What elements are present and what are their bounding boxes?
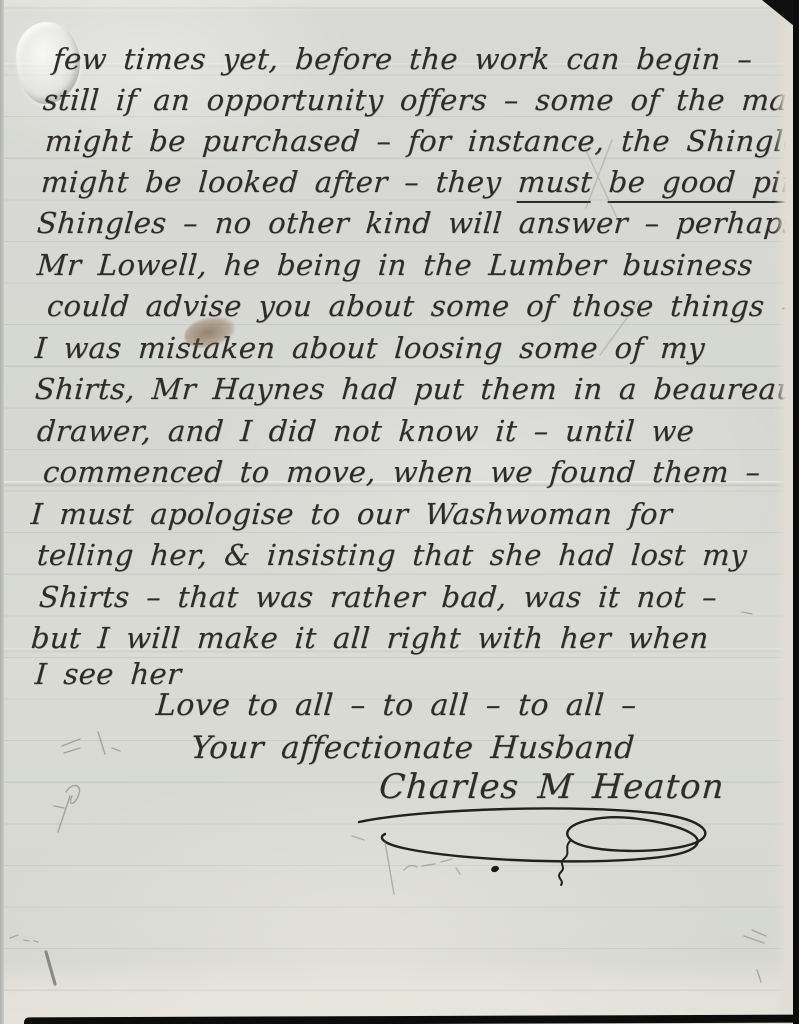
letter-line: Shingles – no other kind will answer – p…: [36, 209, 799, 238]
scan-edge-bottom: [24, 1015, 799, 1024]
letter-line: I must apologise to our Washwoman for: [30, 500, 673, 529]
ink-dot: [490, 865, 500, 873]
underlined-phrase: be good pine: [607, 165, 799, 203]
letter-line: still if an opportunity offers – some of…: [42, 86, 799, 115]
valediction: Your affectionate Husband: [190, 733, 636, 764]
scan-corner-shadow: [762, 0, 794, 26]
letter-line: could advise you about some of those thi…: [46, 292, 797, 321]
signature: Charles M Heaton: [378, 770, 726, 804]
signature-flourish-icon: [355, 800, 725, 890]
scan-edge-right: [793, 0, 799, 1024]
closing-love-line: Love to all – to all – to all –: [155, 691, 638, 721]
letter-line: Mr Lowell, he being in the Lumber busine…: [36, 251, 754, 280]
letter-line: Shirts – that was rather bad, was it not…: [38, 583, 718, 612]
line-segment: might be looked after – they: [40, 165, 519, 199]
letter-line: I was mistaken about loosing some of my: [34, 334, 706, 363]
letter-line: telling her, & insisting that she had lo…: [36, 541, 748, 570]
letter-line: might be purchased – for instance, the S…: [44, 127, 799, 156]
letter-line: Shirts, Mr Haynes had put them in a beau…: [34, 375, 796, 404]
letter-line: might be looked after – they must be goo…: [40, 168, 799, 197]
letter-line: I see her: [34, 660, 182, 689]
underlined-word: must: [516, 165, 593, 203]
letter-line: drawer, and I did not know it – until we: [36, 417, 695, 446]
scan-edge-left: [0, 0, 4, 1024]
letter-line: but I will make it all right with her wh…: [30, 624, 710, 653]
paper-right-band: [774, 0, 794, 1024]
letter-line: commenced to move, when we found them –: [42, 458, 761, 487]
letter-line: few times yet, before the work can begin…: [52, 45, 753, 74]
scanned-letter-page: few times yet, before the work can begin…: [0, 0, 799, 1024]
